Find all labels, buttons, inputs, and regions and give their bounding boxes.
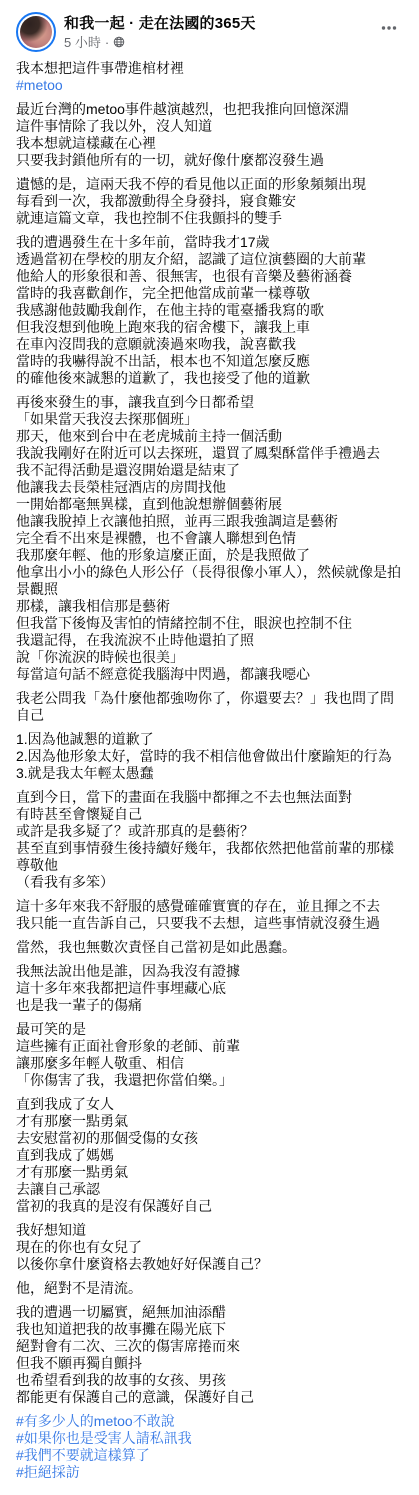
post-paragraph: 最可笑的是這些擁有正面社會形象的老師、前輩讓那麼多年輕人敬重、相信「你傷害了我，… bbox=[16, 1021, 403, 1089]
post-meta: 5 小時 · bbox=[64, 34, 403, 51]
post-text-line: 我說我剛好在附近可以去探班，還買了鳳梨酥當伴手禮過去 bbox=[16, 445, 403, 462]
post-text-line: 但我當下後悔及害怕的情緒控制不住，眼淚也控制不住 bbox=[16, 615, 403, 632]
post-text-line: 我的遭遇發生在十多年前，當時我才17歲 bbox=[16, 234, 403, 251]
post-paragraph: 我好想知道現在的你也有女兒了以後你拿什麼資格去教她好好保護自己？ bbox=[16, 1222, 403, 1273]
post-text-line: 我本想就這樣藏在心裡 bbox=[16, 135, 403, 152]
post-text-line: 的確他後來誠懇的道歉了，我也接受了他的道歉 bbox=[16, 370, 403, 387]
post-text-line: 這些擁有正面社會形象的老師、前輩 bbox=[16, 1038, 403, 1055]
post-text-line: 每當這句話不經意從我腦海中閃過，都讓我噁心 bbox=[16, 666, 403, 683]
post-text-line: 這件事情除了我以外，沒人知道 bbox=[16, 118, 403, 135]
post-text-line: 那天，他來到台中在老虎城前主持一個活動 bbox=[16, 428, 403, 445]
post-paragraph: 1.因為他誠懇的道歉了2.因為他形象太好，當時的我不相信他會做出什麼踰矩的行為3… bbox=[16, 731, 403, 782]
post-text-line: 他讓我去長榮桂冠酒店的房間找他 bbox=[16, 479, 403, 496]
post-text-line: 我只能一直告訴自己，只要我不去想，這些事情就沒發生過 bbox=[16, 915, 403, 932]
post-paragraph: 最近台灣的metoo事件越演越烈，也把我推向回憶深淵這件事情除了我以外，沒人知道… bbox=[16, 101, 403, 169]
post-text-line: 完全看不出來是裸體，也不會讓人聯想到色情 bbox=[16, 530, 403, 547]
post-text-line: 我也知道把我的故事攤在陽光底下 bbox=[16, 1321, 403, 1338]
post-text-line: 直到今日，當下的畫面在我腦中都揮之不去也無法面對 bbox=[16, 789, 403, 806]
post-text-line: 但我不願再獨自顫抖 bbox=[16, 1355, 403, 1372]
post-paragraph: 我的遭遇發生在十多年前，當時我才17歲透過當初在學校的朋友介紹，認識了這位演藝圈… bbox=[16, 234, 403, 387]
post-paragraph: 我本想把這件事帶進棺材裡#metoo bbox=[16, 60, 403, 94]
post-text-line: 都能更有保護自己的意識，保護好自己 bbox=[16, 1389, 403, 1406]
hashtag-link[interactable]: #如果你也是受害人請私訊我 bbox=[16, 1430, 403, 1447]
post-text-line: 直到我成了媽媽 bbox=[16, 1147, 403, 1164]
post-paragraph: 當然，我也無數次責怪自己當初是如此愚蠢。 bbox=[16, 939, 403, 956]
post-text-line: 他拿出小小的綠色人形公仔（長得很像小軍人），然候就像是拍景觀照 bbox=[16, 564, 403, 598]
post-paragraph: 直到我成了女人才有那麼一點勇氣去安慰當初的那個受傷的女孩直到我成了媽媽才有那麼一… bbox=[16, 1096, 403, 1215]
post-text-line: 也希望看到我的故事的女孩、男孩 bbox=[16, 1372, 403, 1389]
post-text-line: 讓那麼多年輕人敬重、相信 bbox=[16, 1055, 403, 1072]
post-text-line: 甚至直到事情發生後持續好幾年，我都依然把他當前輩的那樣尊敬他 bbox=[16, 840, 403, 874]
post-paragraph: 直到今日，當下的畫面在我腦中都揮之不去也無法面對有時甚至會懷疑自己或許是我多疑了… bbox=[16, 789, 403, 891]
post-text-line: 在車內沒問我的意願就湊過來吻我，說喜歡我 bbox=[16, 336, 403, 353]
globe-privacy-icon bbox=[113, 36, 125, 48]
post-text-line: 「如果當天我沒去探那個班」 bbox=[16, 411, 403, 428]
post-text-line: 我老公問我「為什麼他都強吻你了，你還要去？」我也問了問自己 bbox=[16, 690, 403, 724]
post-paragraph: 這十多年來我不舒服的感覺確確實實的存在，並且揮之不去我只能一直告訴自己，只要我不… bbox=[16, 898, 403, 932]
post-paragraph: 遺憾的是，這兩天我不停的看見他以正面的形象頻頻出現每看到一次，我都激動得全身發抖… bbox=[16, 176, 403, 227]
post-text-line: 我本想把這件事帶進棺材裡 bbox=[16, 60, 403, 77]
hashtag-link[interactable]: #metoo bbox=[16, 77, 403, 94]
post-text-line: 透過當初在學校的朋友介紹，認識了這位演藝圈的大前輩 bbox=[16, 251, 403, 268]
post-text-line: 直到我成了女人 bbox=[16, 1096, 403, 1113]
hashtag-link[interactable]: #有多少人的metoo不敢說 bbox=[16, 1413, 403, 1430]
post-text-line: （看我有多笨） bbox=[16, 874, 403, 891]
post-text-line: 1.因為他誠懇的道歉了 bbox=[16, 731, 403, 748]
post-text-line: 我還記得，在我流淚不止時他還拍了照 bbox=[16, 632, 403, 649]
post-text-line: 最可笑的是 bbox=[16, 1021, 403, 1038]
post-text-line: 這十多年來我不舒服的感覺確確實實的存在，並且揮之不去 bbox=[16, 898, 403, 915]
post-paragraph: 我的遭遇一切屬實，絕無加油添醋我也知道把我的故事攤在陽光底下絕對會有二次、三次的… bbox=[16, 1304, 403, 1406]
post-body: 我本想把這件事帶進棺材裡#metoo最近台灣的metoo事件越演越烈，也把我推向… bbox=[16, 58, 403, 1481]
post-text-line: 只要我封鎖他所有的一切，就好像什麼都沒發生過 bbox=[16, 152, 403, 169]
avatar[interactable] bbox=[16, 12, 56, 52]
post-text-line: 現在的你也有女兒了 bbox=[16, 1239, 403, 1256]
post-text-line: 我不記得活動是還沒開始還是結束了 bbox=[16, 462, 403, 479]
post-paragraph: 再後來發生的事，讓我直到今日都希望「如果當天我沒去探那個班」那天，他來到台中在老… bbox=[16, 394, 403, 683]
post-text-line: 或許是我多疑了？或許那真的是藝術？ bbox=[16, 823, 403, 840]
post-text-line: 最近台灣的metoo事件越演越烈，也把我推向回憶深淵 bbox=[16, 101, 403, 118]
post-text-line: 我感謝他鼓勵我創作，在他主持的電臺播我寫的歌 bbox=[16, 302, 403, 319]
post-text-line: 再後來發生的事，讓我直到今日都希望 bbox=[16, 394, 403, 411]
meta-separator: · bbox=[105, 34, 109, 51]
post-text-line: 當時的我嚇得說不出話，根本也不知道怎麼反應 bbox=[16, 353, 403, 370]
post-text-line: 也是我一輩子的傷痛 bbox=[16, 997, 403, 1014]
post-text-line: 我的遭遇一切屬實，絕無加油添醋 bbox=[16, 1304, 403, 1321]
post-paragraph: #有多少人的metoo不敢說#如果你也是受害人請私訊我#我們不要就這樣算了#拒絕… bbox=[16, 1413, 403, 1481]
facebook-post: 和我一起 · 走在法國的365天 5 小時 · 我本想把這件事帶進棺材 bbox=[0, 0, 419, 1495]
post-text-line: 我那麼年輕、他的形象這麼正面，於是我照做了 bbox=[16, 547, 403, 564]
post-text-line: 3.就是我太年輕太愚蠢 bbox=[16, 765, 403, 782]
post-text-line: 去讓自己承認 bbox=[16, 1181, 403, 1198]
post-text-line: 說「你流淚的時候也很美」 bbox=[16, 649, 403, 666]
post-text-line: 有時甚至會懷疑自己 bbox=[16, 806, 403, 823]
hashtag-link[interactable]: #我們不要就這樣算了 bbox=[16, 1447, 403, 1464]
post-text-line: 我好想知道 bbox=[16, 1222, 403, 1239]
page-name-link[interactable]: 和我一起 · 走在法國的365天 bbox=[64, 14, 403, 33]
post-text-line: 以後你拿什麼資格去教她好好保護自己？ bbox=[16, 1256, 403, 1273]
post-text-line: 那樣，讓我相信那是藝術 bbox=[16, 598, 403, 615]
post-text-line: 2.因為他形象太好，當時的我不相信他會做出什麼踰矩的行為 bbox=[16, 748, 403, 765]
post-text-line: 才有那麼一點勇氣 bbox=[16, 1164, 403, 1181]
post-text-line: 一開始都毫無異樣，直到他說想辦個藝術展 bbox=[16, 496, 403, 513]
timestamp-link[interactable]: 5 小時 bbox=[64, 34, 101, 51]
post-text-line: 「你傷害了我，我還把你當伯樂。」 bbox=[16, 1072, 403, 1089]
post-text-line: 就連這篇文章，我也控制不住我顫抖的雙手 bbox=[16, 210, 403, 227]
post-text-line: 遺憾的是，這兩天我不停的看見他以正面的形象頻頻出現 bbox=[16, 176, 403, 193]
post-text-line: 絕對會有二次、三次的傷害席捲而來 bbox=[16, 1338, 403, 1355]
more-options-button[interactable] bbox=[373, 14, 405, 42]
post-header: 和我一起 · 走在法國的365天 5 小時 · bbox=[16, 0, 403, 58]
header-text: 和我一起 · 走在法國的365天 5 小時 · bbox=[64, 14, 403, 51]
post-text-line: 他讓我脫掉上衣讓他拍照，並再三跟我強調這是藝術 bbox=[16, 513, 403, 530]
post-text-line: 但我沒想到他晚上跑來我的宿舍樓下，讓我上車 bbox=[16, 319, 403, 336]
ellipsis-icon bbox=[380, 19, 398, 37]
post-paragraph: 我老公問我「為什麼他都強吻你了，你還要去？」我也問了問自己 bbox=[16, 690, 403, 724]
post-text-line: 當時的我喜歡創作，完全把他當成前輩一樣尊敬 bbox=[16, 285, 403, 302]
hashtag-link[interactable]: #拒絕採訪 bbox=[16, 1464, 403, 1481]
post-text-line: 當初的我真的是沒有保護好自己 bbox=[16, 1198, 403, 1215]
post-text-line: 去安慰當初的那個受傷的女孩 bbox=[16, 1130, 403, 1147]
post-text-line: 他，絕對不是清流。 bbox=[16, 1280, 403, 1297]
post-text-line: 每看到一次，我都激動得全身發抖，寢食難安 bbox=[16, 193, 403, 210]
post-text-line: 他給人的形象很和善、很無害，也很有音樂及藝術涵養 bbox=[16, 268, 403, 285]
post-text-line: 這十多年來我都把這件事埋藏心底 bbox=[16, 980, 403, 997]
post-text-line: 才有那麼一點勇氣 bbox=[16, 1113, 403, 1130]
post-text-line: 當然，我也無數次責怪自己當初是如此愚蠢。 bbox=[16, 939, 403, 956]
profile-photo bbox=[20, 16, 53, 49]
post-paragraph: 我無法說出他是誰，因為我沒有證據這十多年來我都把這件事埋藏心底也是我一輩子的傷痛 bbox=[16, 963, 403, 1014]
post-text-line: 我無法說出他是誰，因為我沒有證據 bbox=[16, 963, 403, 980]
post-paragraph: 他，絕對不是清流。 bbox=[16, 1280, 403, 1297]
